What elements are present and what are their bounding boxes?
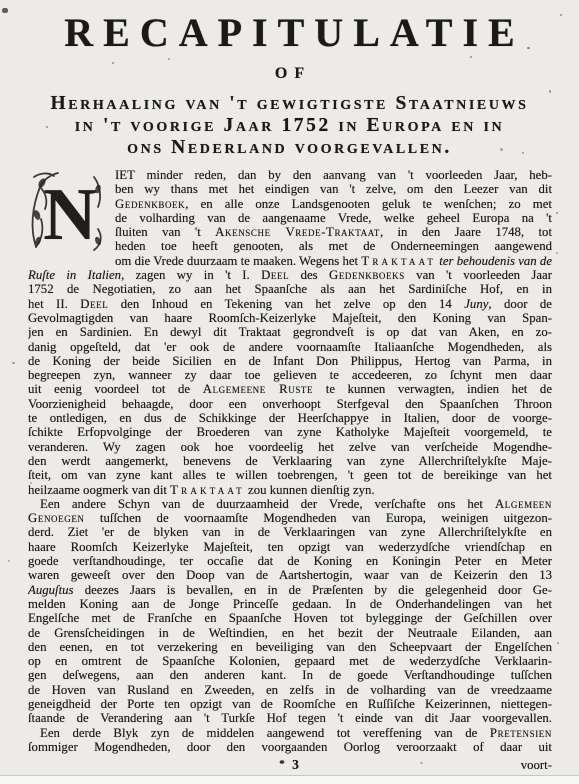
- text-line: 1752 de Negotiatien, zo aan het Spaanſch…: [28, 282, 552, 296]
- text-line: derd. Ziet 'er de blyken van in de Verkl…: [28, 525, 552, 539]
- text-line: begreepen zyn, wanneer zy daar toe gelie…: [28, 368, 552, 382]
- noise-speck: [560, 14, 562, 16]
- subtitle-line: in 't voorige Jaar 1752 in Europa en in: [0, 115, 579, 137]
- text-line: de Grensſcheidingen in de Weſtindien, en…: [28, 626, 552, 640]
- header-connector: OF: [0, 65, 579, 83]
- text-line: gen deſwegens, aan den anderen kant. In …: [28, 668, 552, 682]
- text-line: ſchikte Erfopvolginge der Broederen van …: [28, 425, 552, 439]
- body-text: NIET minder reden, dan by den aanvang va…: [28, 168, 552, 754]
- text-line: te ontledigen, en dus de Schikkinge der …: [28, 411, 552, 425]
- paragraph: Een andere Schyn van de duurzaamheid der…: [28, 497, 552, 726]
- noise-speck: [46, 126, 48, 128]
- page-header: RECAPITULATIE OF Herhaaling van 't gewig…: [0, 0, 579, 159]
- text-line: ben wy thans met het eindigen van 't zel…: [115, 182, 552, 196]
- text-line: waren geweeſt over den Doop van de Aarts…: [28, 568, 552, 582]
- text-line: op en omtrent de Spaanſche Kolonien, gep…: [28, 654, 552, 668]
- text-line: jen en Sardinien. En dewyl dit Traktaat …: [28, 325, 552, 339]
- text-line: danig opgeſteld, dat 'er ook de andere v…: [28, 340, 552, 354]
- subtitle-line: Herhaaling van 't gewigtigste Staatnieuw…: [0, 93, 579, 115]
- noise-speck: [420, 762, 423, 764]
- page-title: RECAPITULATIE: [0, 10, 579, 56]
- text-line: den werdt aangemerkt, benevens de Verkla…: [28, 454, 552, 468]
- text-line: Ruſte in Italien, zagen wy in 't I. Deel…: [28, 268, 552, 282]
- text-line: ſtaande de Verandering aan 't Turkſe Hof…: [28, 711, 552, 725]
- text-line: IET minder reden, dan by den aanvang van…: [115, 168, 552, 182]
- paragraph: Een derde Blyk zyn de middelen aangewend…: [28, 726, 552, 755]
- text-line: Een derde Blyk zyn de middelen aangewend…: [28, 726, 552, 740]
- text-line: veranderen. Wy zagen ook hoe voordeelig …: [28, 440, 552, 454]
- subtitle-line: ons Nederland voorgevallen.: [0, 137, 579, 159]
- text-line: de Hoven van Rusland en Zweeden, en zelf…: [28, 683, 552, 697]
- text-line: den eenen, en tot verzekering en beveili…: [28, 640, 552, 654]
- page-footer: * 3 voort-: [28, 757, 552, 773]
- text-line: ſteit, om van zyne kant alles te willen …: [28, 468, 552, 482]
- noise-speck: [470, 56, 472, 58]
- text-line: Engelſche met de Franſche en Spaanſche H…: [28, 611, 552, 625]
- noise-speck: [2, 8, 8, 13]
- noise-speck: [12, 362, 15, 364]
- text-line: uit eenig voordeel tot de Algemeene Rust…: [28, 382, 552, 396]
- noise-speck: [556, 252, 558, 254]
- text-line: ſluiten van 't Akensche Vrede-Traktaat, …: [115, 225, 552, 239]
- page-subtitle: Herhaaling van 't gewigtigste Staatnieuw…: [0, 93, 579, 159]
- text-line: heilzaame oogmerk van dit Traktaat zou k…: [28, 483, 552, 497]
- text-line: geneigdheid der Porte ten opzigt van de …: [28, 697, 552, 711]
- scan-edge-strip: [0, 775, 579, 784]
- signature-number: 3: [292, 757, 301, 772]
- noise-speck: [527, 47, 530, 49]
- noise-speck: [522, 152, 524, 154]
- text-line: melden Koning aan de Jonge Princeſſe ged…: [28, 597, 552, 611]
- text-line: de Koning der beide Sicilien en de Infan…: [28, 354, 552, 368]
- signature-mark: * 3: [279, 757, 301, 773]
- noise-speck: [8, 560, 10, 562]
- text-line: goede verſtandhoudinge, ter occaſie dat …: [28, 554, 552, 568]
- noise-speck: [112, 62, 114, 64]
- signature-star: *: [279, 758, 287, 770]
- text-line: Auguſtus deezes Jaars is bevallen, en in…: [28, 583, 552, 597]
- text-line: de volharding van de aangenaame Vrede, w…: [115, 211, 552, 225]
- text-line: het II. Deel den Inhoud en Tekening van …: [28, 297, 552, 311]
- paragraph: NIET minder reden, dan by den aanvang va…: [28, 168, 552, 497]
- noise-speck: [168, 58, 170, 60]
- text-line: Gevolmagtigden van haare Roomſch-Keizerl…: [28, 311, 552, 325]
- noise-speck: [500, 148, 503, 151]
- ornamental-drop-cap: N: [28, 169, 106, 254]
- text-line: ſommiger Mogendheden, door den voorgaand…: [28, 740, 552, 754]
- text-line: heden toe heeft genooten, als met de Ond…: [115, 239, 552, 253]
- text-line: om die Vrede duurzaam te maaken. Wegens …: [115, 254, 552, 268]
- text-line: haare Roomſch Keizerlyke Majeſteit, ten …: [28, 540, 552, 554]
- noise-speck: [549, 90, 551, 93]
- text-line: Gedenkboek, en alle onze Landsgenooten g…: [115, 197, 552, 211]
- svg-text:N: N: [43, 174, 96, 254]
- catchword: voort-: [521, 758, 552, 773]
- noise-speck: [557, 642, 559, 644]
- text-line: Een andere Schyn van de duurzaamheid der…: [28, 497, 552, 511]
- noise-speck: [556, 212, 558, 214]
- text-line: Genoegen tuſſchen de voornaamſte Mogendh…: [28, 511, 552, 525]
- book-page: RECAPITULATIE OF Herhaaling van 't gewig…: [0, 0, 579, 784]
- text-line: Voorzienigheid behaagde, door een onverh…: [28, 397, 552, 411]
- noise-speck: [30, 482, 32, 484]
